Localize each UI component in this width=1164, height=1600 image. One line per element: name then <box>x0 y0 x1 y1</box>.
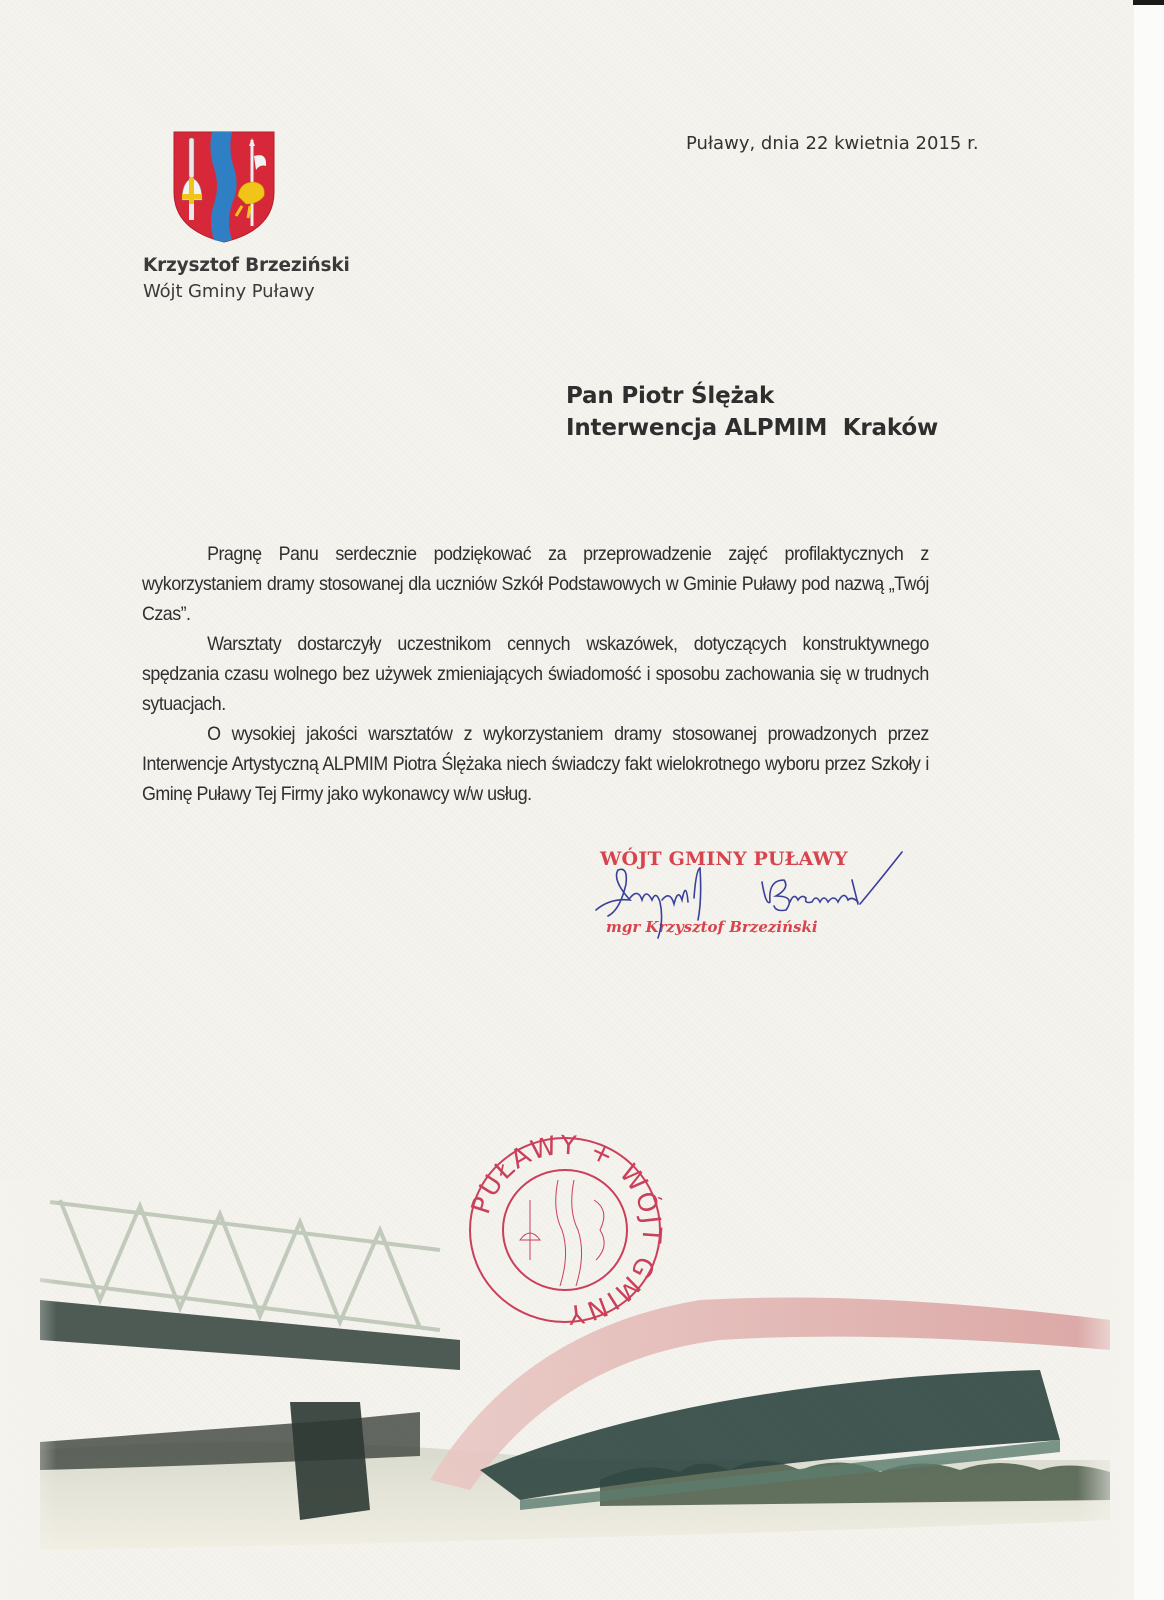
body-paragraph: Warsztaty dostarczyły uczestnikom cennyc… <box>142 630 929 720</box>
body-paragraph: Pragnę Panu serdecznie podziękować za pr… <box>142 540 929 630</box>
body-paragraph: O wysokiej jakości warsztatów z wykorzys… <box>142 720 929 810</box>
recipient-block: Pan Piotr Ślężak Interwencja ALPMIM Krak… <box>566 380 938 444</box>
author-title: Wójt Gminy Puławy <box>143 281 315 302</box>
official-round-seal-icon: PUŁAWY + WÓJT GMINY <box>460 1130 670 1330</box>
recipient-name: Pan Piotr Ślężak <box>566 380 938 412</box>
date-line: Puławy, dnia 22 kwietnia 2015 r. <box>686 133 979 154</box>
scan-corner-shadow <box>1133 0 1164 5</box>
handwritten-signature-icon <box>590 840 920 950</box>
letter-body: Pragnę Panu serdecznie podziękować za pr… <box>142 540 929 810</box>
scan-margin <box>1134 0 1164 1600</box>
letter-page: Krzysztof Brzeziński Wójt Gminy Puławy P… <box>0 0 1134 1600</box>
coat-of-arms-icon <box>172 130 276 244</box>
signature-block: WÓJT GMINY PUŁAWY mgr Krzysztof Brzezińs… <box>590 840 920 950</box>
svg-text:PUŁAWY + WÓJT GMINY: PUŁAWY + WÓJT GMINY <box>466 1131 666 1330</box>
author-name: Krzysztof Brzeziński <box>143 255 350 276</box>
recipient-organization: Interwencja ALPMIM Kraków <box>566 412 938 444</box>
